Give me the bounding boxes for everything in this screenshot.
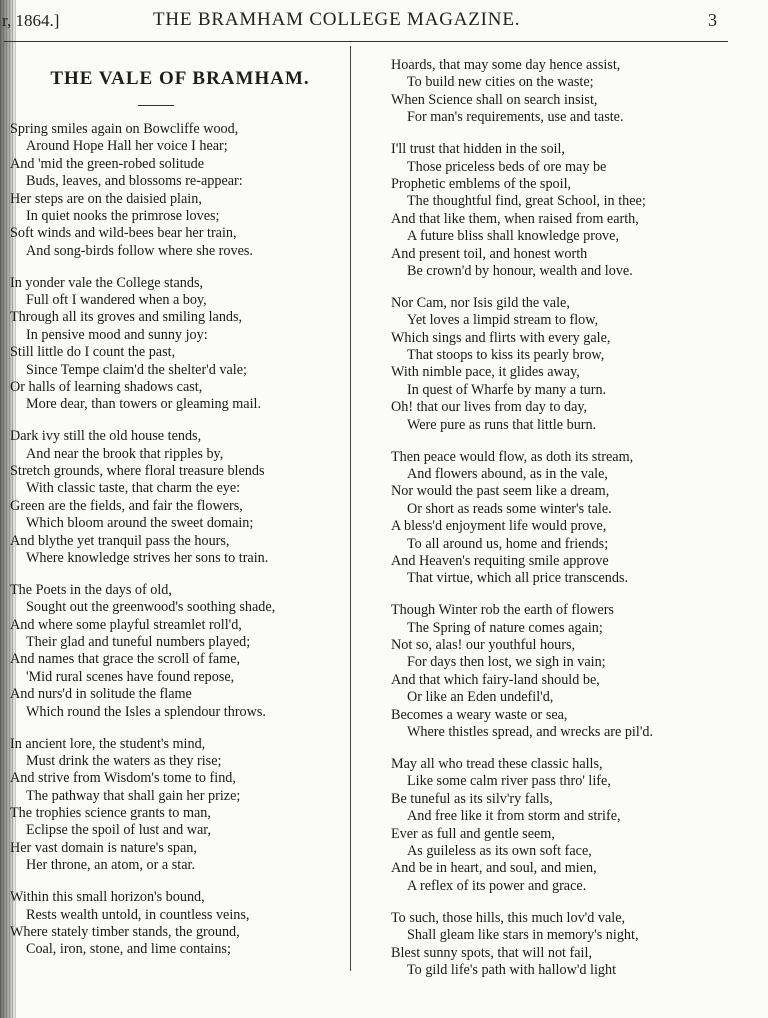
verse-line: Her steps are on the daisied plain,	[8, 191, 346, 208]
verse-line: And strive from Wisdom's tome to find,	[8, 770, 346, 787]
verse-line: Sought out the greenwood's soothing shad…	[8, 599, 346, 616]
verse-line: When Science shall on search insist,	[391, 92, 751, 109]
verse-line: And free like it from storm and strife,	[391, 808, 751, 825]
verse-line: Around Hope Hall her voice I hear;	[8, 138, 346, 155]
verse-line: To all around us, home and friends;	[391, 536, 751, 553]
verse-line: Buds, leaves, and blossoms re-appear:	[8, 173, 346, 190]
verse-line: A future bliss shall knowledge prove,	[391, 228, 751, 245]
stanza: Dark ivy still the old house tends,And n…	[8, 428, 346, 567]
verse-line: Be crown'd by honour, wealth and love.	[391, 263, 751, 280]
verse-line: Were pure as runs that little burn.	[391, 417, 751, 434]
verse-line: Which round the Isles a splendour throws…	[8, 704, 346, 721]
verse-line: Or short as reads some winter's tale.	[391, 501, 751, 518]
verse-line: Dark ivy still the old house tends,	[8, 428, 346, 445]
verse-line: That virtue, which all price transcends.	[391, 570, 751, 587]
verse-line: Which bloom around the sweet domain;	[8, 515, 346, 532]
page-number: 3	[708, 10, 717, 31]
poem-title: THE VALE OF BRAMHAM.	[8, 66, 346, 92]
verse-line: With nimble pace, it glides away,	[391, 364, 751, 381]
verse-line: To gild life's path with hallow'd light	[391, 962, 751, 979]
verse-line: Or halls of learning shadows cast,	[8, 379, 346, 396]
verse-line: In ancient lore, the student's mind,	[8, 736, 346, 753]
verse-line: As guileless as its own soft face,	[391, 843, 751, 860]
verse-line: And names that grace the scroll of fame,	[8, 651, 346, 668]
verse-line: Stretch grounds, where floral treasure b…	[8, 463, 346, 480]
verse-line: The thoughtful find, great School, in th…	[391, 193, 751, 210]
stanza: In yonder vale the College stands,Full o…	[8, 275, 346, 414]
verse-line: And that which fairy-land should be,	[391, 672, 751, 689]
verse-line: Or like an Eden undefil'd,	[391, 689, 751, 706]
verse-line: To such, those hills, this much lov'd va…	[391, 910, 751, 927]
verse-line: And Heaven's requiting smile approve	[391, 553, 751, 570]
verse-line: Coal, iron, stone, and lime contains;	[8, 941, 346, 958]
verse-line: Oh! that our lives from day to day,	[391, 399, 751, 416]
stanza: I'll trust that hidden in the soil,Those…	[391, 141, 751, 280]
verse-line: Yet loves a limpid stream to flow,	[391, 312, 751, 329]
left-stanzas: Spring smiles again on Bowcliffe wood,Ar…	[8, 121, 346, 959]
verse-line: Where thistles spread, and wrecks are pi…	[391, 724, 751, 741]
verse-line: Through all its groves and smiling lands…	[8, 309, 346, 326]
stanza: May all who tread these classic halls,Li…	[391, 756, 751, 895]
verse-line: For days then lost, we sigh in vain;	[391, 654, 751, 671]
verse-line: I'll trust that hidden in the soil,	[391, 141, 751, 158]
verse-line: Full oft I wandered when a boy,	[8, 292, 346, 309]
verse-line: And flowers abound, as in the vale,	[391, 466, 751, 483]
verse-line: And 'mid the green-robed solitude	[8, 156, 346, 173]
verse-line: To build new cities on the waste;	[391, 74, 751, 91]
stanza: Spring smiles again on Bowcliffe wood,Ar…	[8, 121, 346, 260]
verse-line: Within this small horizon's bound,	[8, 889, 346, 906]
verse-line: Be tuneful as its silv'ry falls,	[391, 791, 751, 808]
verse-line: In quest of Wharfe by many a turn.	[391, 382, 751, 399]
verse-line: And nurs'd in solitude the flame	[8, 686, 346, 703]
header-date: r, 1864.]	[2, 11, 59, 31]
stanza: To such, those hills, this much lov'd va…	[391, 910, 751, 980]
verse-line: A bless'd enjoyment life would prove,	[391, 518, 751, 535]
verse-line: The Spring of nature comes again;	[391, 620, 751, 637]
verse-line: Must drink the waters as they rise;	[8, 753, 346, 770]
right-stanzas: Hoards, that may some day hence assist,T…	[391, 57, 751, 979]
verse-line: Like some calm river pass thro' life,	[391, 773, 751, 790]
verse-line: Those priceless beds of ore may be	[391, 159, 751, 176]
verse-line: Which sings and flirts with every gale,	[391, 330, 751, 347]
verse-line: Blest sunny spots, that will not fail,	[391, 945, 751, 962]
verse-line: In quiet nooks the primrose loves;	[8, 208, 346, 225]
verse-line: With classic taste, that charm the eye:	[8, 480, 346, 497]
stanza: Though Winter rob the earth of flowersTh…	[391, 602, 751, 741]
verse-line: Her throne, an atom, or a star.	[8, 857, 346, 874]
verse-line: The trophies science grants to man,	[8, 805, 346, 822]
verse-line: A reflex of its power and grace.	[391, 878, 751, 895]
verse-line: And near the brook that ripples by,	[8, 446, 346, 463]
header-rule	[4, 41, 728, 42]
stanza: The Poets in the days of old,Sought out …	[8, 582, 346, 721]
stanza: Then peace would flow, as doth its strea…	[391, 449, 751, 588]
verse-line: And that like them, when raised from ear…	[391, 211, 751, 228]
verse-line: For man's requirements, use and taste.	[391, 109, 751, 126]
verse-line: The Poets in the days of old,	[8, 582, 346, 599]
magazine-title: THE BRAMHAM COLLEGE MAGAZINE.	[153, 9, 520, 31]
verse-line: Where knowledge strives her sons to trai…	[8, 550, 346, 567]
verse-line: Nor would the past seem like a dream,	[391, 483, 751, 500]
verse-line: More dear, than towers or gleaming mail.	[8, 396, 346, 413]
verse-line: Her vast domain is nature's span,	[8, 840, 346, 857]
verse-line: Then peace would flow, as doth its strea…	[391, 449, 751, 466]
verse-line: That stoops to kiss its pearly brow,	[391, 347, 751, 364]
verse-line: Though Winter rob the earth of flowers	[391, 602, 751, 619]
verse-line: Still little do I count the past,	[8, 344, 346, 361]
verse-line: May all who tread these classic halls,	[391, 756, 751, 773]
verse-line: In yonder vale the College stands,	[8, 275, 346, 292]
verse-line: Prophetic emblems of the spoil,	[391, 176, 751, 193]
verse-line: Since Tempe claim'd the shelter'd vale;	[8, 362, 346, 379]
verse-line: Ever as full and gentle seem,	[391, 826, 751, 843]
verse-line: Rests wealth untold, in countless veins,	[8, 907, 346, 924]
page-header: r, 1864.] THE BRAMHAM COLLEGE MAGAZINE. …	[0, 0, 768, 44]
verse-line: And blythe yet tranquil pass the hours,	[8, 533, 346, 550]
verse-line: Their glad and tuneful numbers played;	[8, 634, 346, 651]
stanza: Within this small horizon's bound,Rests …	[8, 889, 346, 959]
verse-line: In pensive mood and sunny joy:	[8, 327, 346, 344]
stanza: Nor Cam, nor Isis gild the vale,Yet love…	[391, 295, 751, 434]
stanza: In ancient lore, the student's mind,Must…	[8, 736, 346, 875]
verse-line: Eclipse the spoil of lust and war,	[8, 822, 346, 839]
verse-line: Not so, alas! our youthful hours,	[391, 637, 751, 654]
verse-line: Shall gleam like stars in memory's night…	[391, 927, 751, 944]
verse-line: Where stately timber stands, the ground,	[8, 924, 346, 941]
left-column: THE VALE OF BRAMHAM. Spring smiles again…	[8, 66, 346, 973]
verse-line: And be in heart, and soul, and mien,	[391, 860, 751, 877]
column-divider	[350, 46, 351, 971]
title-rule	[138, 105, 174, 106]
stanza: Hoards, that may some day hence assist,T…	[391, 57, 751, 127]
verse-line: 'Mid rural scenes have found repose,	[8, 669, 346, 686]
verse-line: Nor Cam, nor Isis gild the vale,	[391, 295, 751, 312]
verse-line: Soft winds and wild-bees bear her train,	[8, 225, 346, 242]
verse-line: Hoards, that may some day hence assist,	[391, 57, 751, 74]
verse-line: And present toil, and honest worth	[391, 246, 751, 263]
verse-line: The pathway that shall gain her prize;	[8, 788, 346, 805]
verse-line: Spring smiles again on Bowcliffe wood,	[8, 121, 346, 138]
right-column: Hoards, that may some day hence assist,T…	[391, 57, 751, 994]
verse-line: And where some playful streamlet roll'd,	[8, 617, 346, 634]
verse-line: Green are the fields, and fair the flowe…	[8, 498, 346, 515]
verse-line: And song-birds follow where she roves.	[8, 243, 346, 260]
verse-line: Becomes a weary waste or sea,	[391, 707, 751, 724]
